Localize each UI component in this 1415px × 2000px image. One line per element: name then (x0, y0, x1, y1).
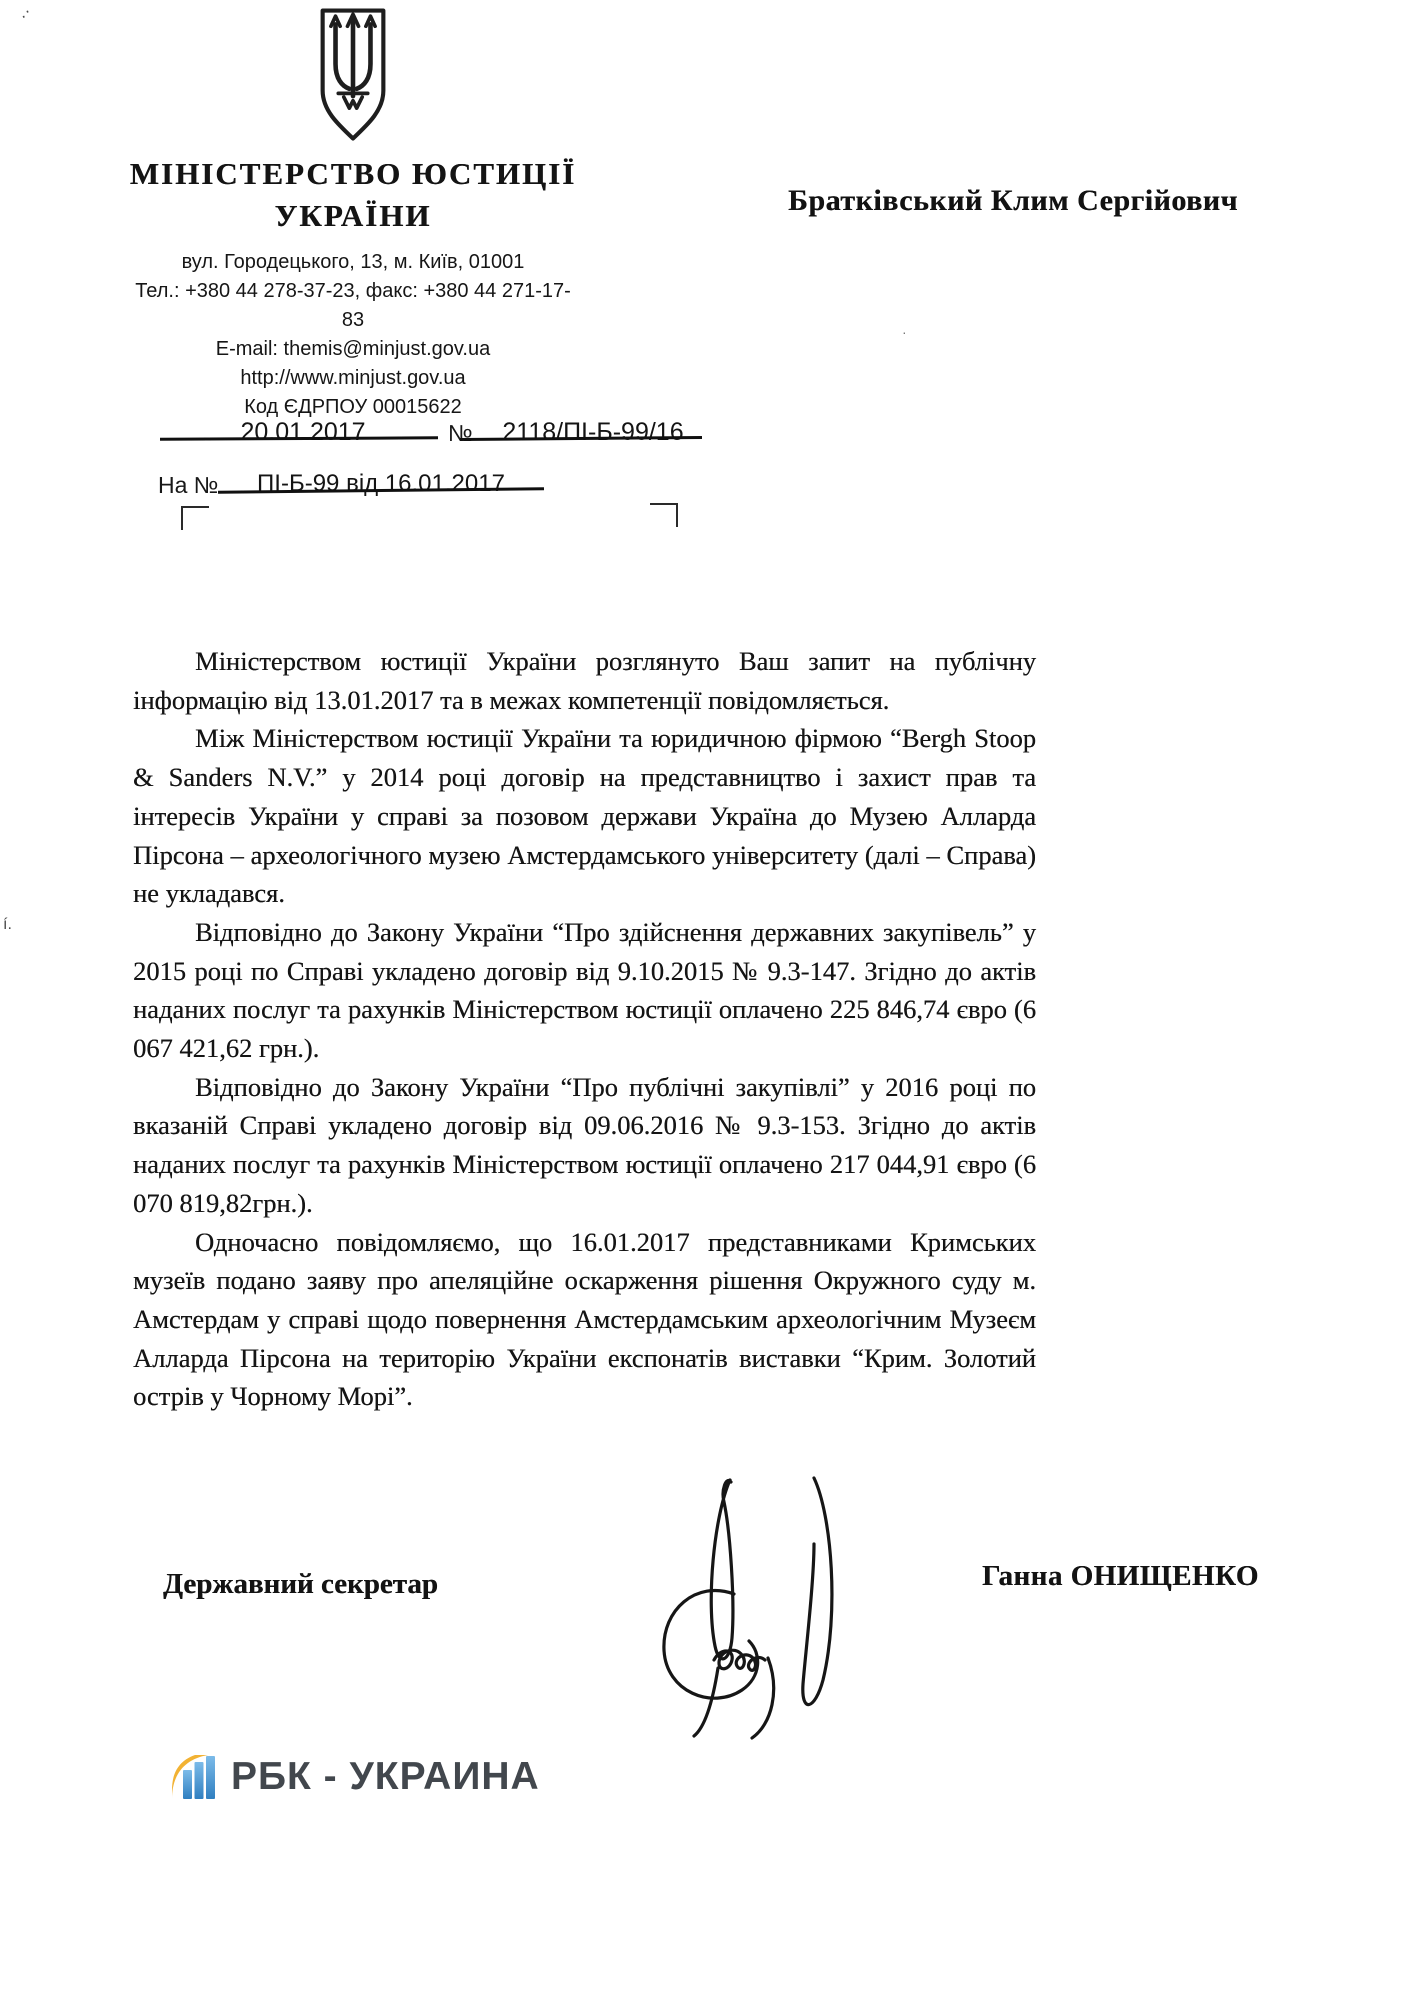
watermark-brand: РБК - УКРАИНА (231, 1755, 540, 1799)
website: http://www.minjust.gov.ua (128, 364, 578, 393)
scan-artifact: .· (17, 1, 33, 23)
addressee-name: Братківський Клим Сергійович (788, 184, 1308, 218)
outgoing-number-field: 2118/ПІ-Б-99/16 (486, 418, 700, 450)
letterhead: МІНІСТЕРСТВО ЮСТИЦІЇ УКРАЇНИ вул. Городе… (128, 6, 578, 422)
outgoing-date-field: 20.01.2017 (172, 418, 434, 450)
paragraph: Міністерством юстиції України розглянуто… (133, 642, 1036, 719)
coat-of-arms-ukraine-icon (307, 6, 399, 144)
phone-fax: Тел.: +380 44 278-37-23, факс: +380 44 2… (128, 277, 578, 335)
contact-block: вул. Городецького, 13, м. Київ, 01001 Те… (128, 248, 578, 422)
street-address: вул. Городецького, 13, м. Київ, 01001 (128, 248, 578, 277)
signatory-title: Державний секретар (163, 1568, 438, 1601)
letter-body: Міністерством юстиції України розглянуто… (133, 642, 1036, 1416)
signatory-name: Ганна ОНИЩЕНКО (982, 1560, 1259, 1593)
outgoing-number: 2118/ПІ-Б-99/16 (502, 418, 683, 446)
reply-reference: ПІ-Б-99 від 16.01.2017 (257, 470, 505, 497)
ministry-name-line1: МІНІСТЕРСТВО ЮСТИЦІЇ (128, 154, 578, 194)
email: E-mail: themis@minjust.gov.ua (128, 335, 578, 364)
corner-mark-right (650, 503, 678, 527)
watermark: РБК - УКРАИНА (167, 1752, 540, 1802)
reply-reference-field: ПІ-Б-99 від 16.01.2017 (222, 470, 540, 502)
paragraph: Відповідно до Закону України “Про здійсн… (133, 913, 1036, 1068)
scan-artifact: í. (3, 916, 12, 934)
rbk-logo-icon (167, 1752, 219, 1802)
scan-artifact: · (902, 324, 907, 340)
paragraph: Одночасно повідомляємо, що 16.01.2017 пр… (133, 1223, 1036, 1417)
reply-label: На № (158, 472, 218, 499)
paragraph: Відповідно до Закону України “Про публіч… (133, 1068, 1036, 1223)
corner-mark-left (181, 506, 209, 530)
outgoing-date: 20.01.2017 (240, 418, 365, 446)
paragraph: Між Міністерством юстиції України та юри… (133, 719, 1036, 913)
ministry-name-line2: УКРАЇНИ (128, 196, 578, 236)
signature (618, 1462, 858, 1742)
number-label: № (448, 420, 473, 447)
scanned-letter-page: .· í. · МІНІСТЕРСТВО ЮСТИЦІЇ УКРАЇНИ вул… (0, 0, 1415, 2000)
